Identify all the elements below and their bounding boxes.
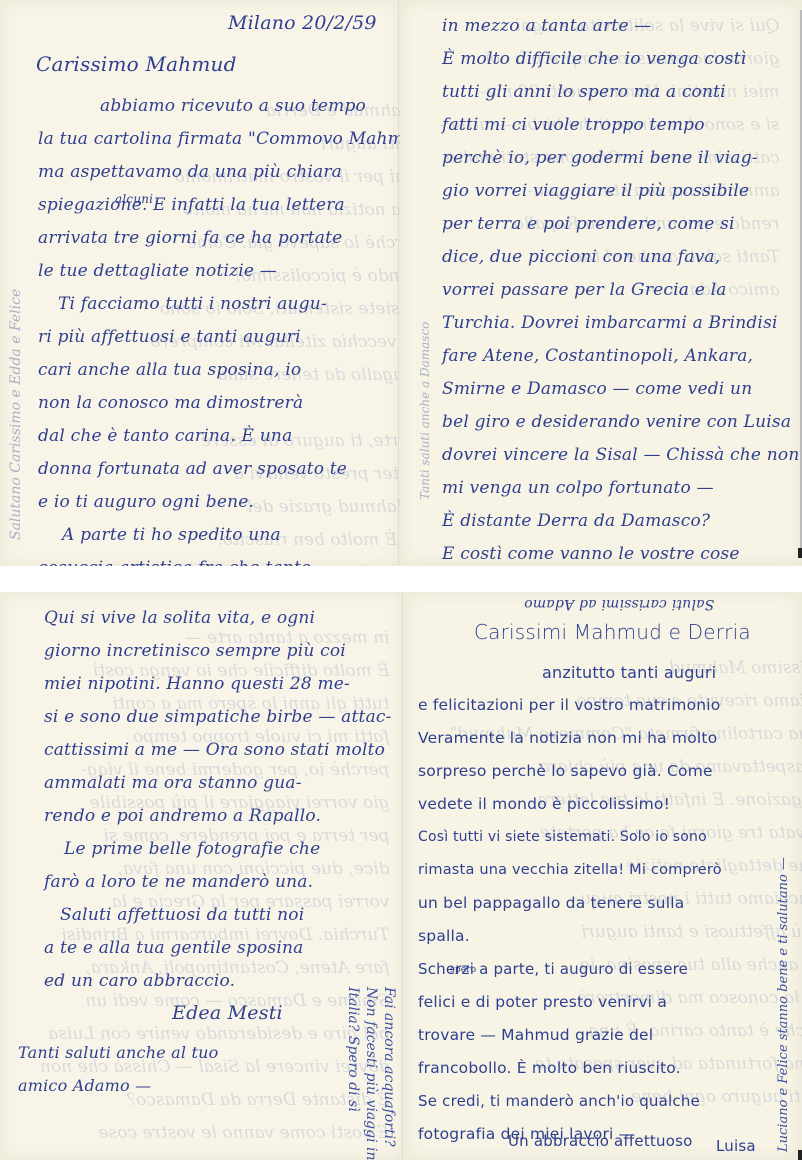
body-line: anzitutto tanti auguri xyxy=(418,656,722,689)
body-line: fatti mi ci vuole troppo tempo xyxy=(442,109,800,142)
body-line: a te e alla tua gentile sposina xyxy=(44,932,392,965)
body-line: non la conosco ma dimostrerà xyxy=(38,387,400,420)
body-line: vorrei passare per la Grecia e la xyxy=(442,274,800,307)
vertical-margin-note: Luciano e Felice stanno bene e ti saluta… xyxy=(776,857,791,1152)
letter-body: abbiamo ricevuto a suo tempo la tua cart… xyxy=(38,90,400,566)
body-line: miei nipotini. Hanno questi 28 me- xyxy=(44,668,392,701)
body-line: si e sono due simpatiche birbe — attac- xyxy=(44,701,392,734)
body-line: dovrei vincere la Sisal — Chissà che non xyxy=(442,439,800,472)
margin-note-vertical: Tanti saluti anche a Damasco xyxy=(418,322,432,500)
body-line: Veramente la notizia non mi ha molto xyxy=(418,722,722,755)
body-line: sorpreso perchè lo sapevo già. Come xyxy=(418,755,722,788)
body-line: È molto difficile che io venga costì xyxy=(442,43,800,76)
body-line: Qui si vive la solita vita, e ogni xyxy=(44,602,392,635)
body-line: felici e di poter presto venirvi a xyxy=(418,986,722,1019)
body-line: vedete il mondo è piccolissimo! xyxy=(418,788,722,821)
body-line: ma aspettavamo da una più chiara xyxy=(38,156,400,189)
closing: Un abbraccio affettuoso xyxy=(508,1132,692,1150)
body-line: le tue dettagliate notizie — xyxy=(38,255,400,288)
body-line: È distante Derra da Damasco? xyxy=(442,505,800,538)
body-line: A parte ti ho spedito una xyxy=(38,519,400,552)
body-line: Smirne e Damasco — come vedi un xyxy=(442,373,800,406)
body-line: spiegazione. E infatti la tua lettera xyxy=(38,189,400,222)
body-line: ed un caro abbraccio. xyxy=(44,965,392,998)
body-line: trovare — Mahmud grazie del xyxy=(418,1019,722,1052)
body-line: francobollo. È molto ben riuscito. xyxy=(418,1052,722,1085)
signature: Edea Mesti xyxy=(172,1002,283,1024)
body-line: in mezzo a tanta arte — xyxy=(442,10,800,43)
body-line: e felicitazioni per il vostro matrimonio xyxy=(418,689,722,722)
body-line: Se credi, ti manderò anch'io qualche xyxy=(418,1085,722,1118)
body-line: arrivata tre giorni fa ce ha portate xyxy=(38,222,400,255)
body-line: fare Atene, Costantinopoli, Ankara, xyxy=(442,340,800,373)
body-line: perchè io, per godermi bene il viag- xyxy=(442,142,800,175)
letter-body: Qui si vive la solita vita, e ogni giorn… xyxy=(44,602,392,998)
body-line: un bel pappagallo da tenere sulla xyxy=(418,887,722,920)
body-line: per terra e poi prendere, come si xyxy=(442,208,800,241)
upside-down-note: Saluti carissimi ad Adamo xyxy=(524,596,714,612)
body-line: Turchia. Dovrei imbarcarmi a Brindisi xyxy=(442,307,800,340)
body-line: spalla. xyxy=(418,920,722,953)
body-line: Così tutti vi siete sistemati. Solo io s… xyxy=(418,821,722,854)
letter-page-1: Carissimi Mahmud e Derria anzitutto tant… xyxy=(0,0,400,566)
postscript: Tanti saluti anche al tuo amico Adamo — xyxy=(18,1036,218,1102)
body-line: giorno incretinisco sempre più coi xyxy=(44,635,392,668)
letter-date: Milano 20/2/59 xyxy=(228,12,377,34)
body-line: mi venga un colpo fortunato — xyxy=(442,472,800,505)
vertical-margin-note: Fai ancora acquaforti? Non facesti più v… xyxy=(344,987,398,1160)
body-line: e io ti auguro ogni bene. xyxy=(38,486,400,519)
body-line: cattissimi a me — Ora sono stati molto xyxy=(44,734,392,767)
letter-salutation: Carissimi Mahmud e Derria xyxy=(474,620,751,644)
margin-note-vertical: Salutano Carissimo e Edda e Felice xyxy=(8,289,24,540)
signature: Luisa xyxy=(716,1137,756,1155)
body-line: gio vorrei viaggiare il più possibile xyxy=(442,175,800,208)
letter-body: anzitutto tanti auguri e felicitazioni p… xyxy=(418,656,722,1151)
letter-page-3: in mezzo a tanta arte — È molto difficil… xyxy=(0,592,404,1160)
body-line: rimasta una vecchia zitella! Mi comprerò xyxy=(418,854,722,887)
letter-body: in mezzo a tanta arte — È molto difficil… xyxy=(442,10,800,566)
body-line: ri più affettuosi e tanti auguri xyxy=(38,321,400,354)
body-line: Le prime belle fotografie che xyxy=(44,833,392,866)
body-line: la tua cartolina firmata "Commovo Mahmud… xyxy=(38,123,400,156)
scan-edge-mark xyxy=(798,548,802,558)
letter-page-4: Carissimo Mahmud abbiamo ricevuto a suo … xyxy=(404,592,802,1160)
inserted-word: spero xyxy=(450,965,476,975)
scan-edge-mark xyxy=(798,1150,802,1160)
body-line: Ti facciamo tutti i nostri augu- xyxy=(38,288,400,321)
postscript-line: amico Adamo — xyxy=(18,1069,218,1102)
body-line: donna fortunata ad aver sposato te xyxy=(38,453,400,486)
letter-page-2: Qui si vive la solita vita, e ogni giorn… xyxy=(400,0,802,566)
body-line: Saluti affettuosi da tutti noi xyxy=(44,899,392,932)
letter-salutation: Carissimo Mahmud xyxy=(36,52,237,76)
body-line: rendo e poi andremo a Rapallo. xyxy=(44,800,392,833)
body-line: cosuccia artistica fra che tanto xyxy=(38,552,400,566)
body-line: tutti gli anni lo spero ma a conti xyxy=(442,76,800,109)
body-line: cari anche alla tua sposina, io xyxy=(38,354,400,387)
body-line: ammalati ma ora stanno gua- xyxy=(44,767,392,800)
body-line: dal che è tanto carina. È una xyxy=(38,420,400,453)
body-line: farò a loro te ne manderò una. xyxy=(44,866,392,899)
body-line: E costì come vanno le vostre cose xyxy=(442,538,800,566)
body-line: dice, due piccioni con una fava, xyxy=(442,241,800,274)
postscript-line: Tanti saluti anche al tuo xyxy=(18,1036,218,1069)
body-line: bel giro e desiderando venire con Luisa xyxy=(442,406,800,439)
body-line: abbiamo ricevuto a suo tempo xyxy=(38,90,400,123)
